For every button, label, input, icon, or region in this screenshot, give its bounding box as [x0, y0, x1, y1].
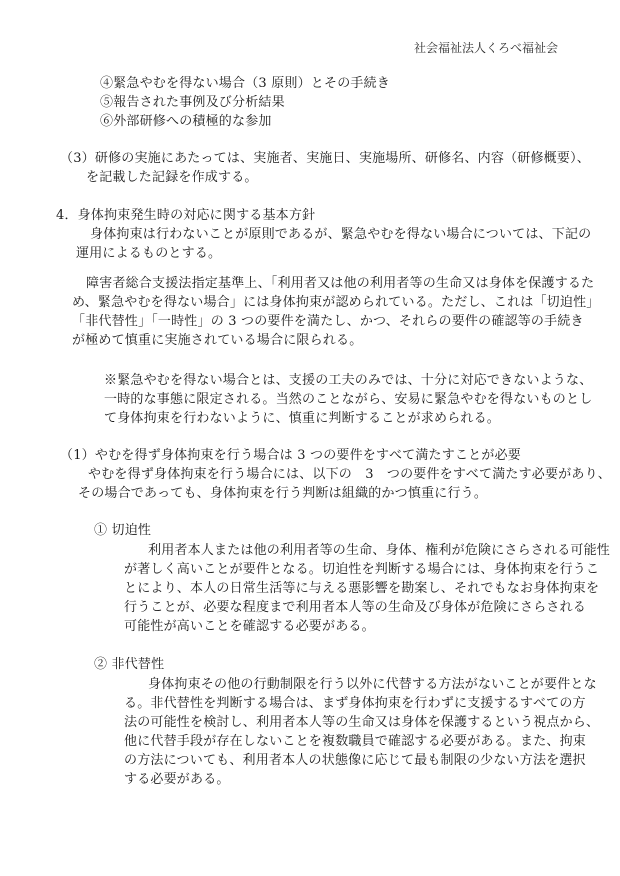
paragraph-line: する必要がある。	[124, 772, 230, 788]
paragraph-line: 身体拘束その他の行動制限を行う以外に代替する方法がないことが要件とな	[148, 677, 597, 693]
list-item: ⑤報告された事例及び分析結果	[100, 95, 285, 111]
section-heading: 4．身体拘束発生時の対応に関する基本方針	[56, 208, 315, 224]
paragraph-line: て身体拘束を行わないように、慎重に判断することが求められる。	[104, 411, 500, 427]
list-item: ④緊急やむを得ない場合（3 原則）とその手続き	[100, 76, 390, 92]
paragraph-line: 運用によるものとする。	[76, 246, 221, 262]
paragraph-line: め、緊急やむを得ない場合」には身体拘束が認められている。ただし、これは「切迫性」	[72, 295, 599, 311]
requirement-title: ② 非代替性	[94, 657, 164, 673]
organization-name: 社会福祉法人くろべ福祉会	[414, 40, 558, 56]
paragraph-line: とにより、本人の日常生活等に与える悪影響を勘案し、それでもなお身体拘束を	[124, 581, 599, 597]
paragraph-line: る。非代替性を判断する場合は、まず身体拘束を行わずに支援するすべての方	[124, 696, 586, 712]
paragraph-line: ※緊急やむを得ない場合とは、支援の工夫のみでは、十分に対応できないような、	[104, 373, 592, 389]
paragraph-line: 障害者総合支援法指定基準上、「利用者又は他の利用者等の生命又は身体を保護するた	[86, 276, 594, 292]
paragraph-line: 可能性が高いことを確認する必要がある。	[124, 619, 375, 635]
requirement-title: ① 切迫性	[94, 523, 151, 539]
paragraph-line: 身体拘束は行わないことが原則であるが、緊急やむを得ない場合については、下記の	[90, 227, 591, 243]
paragraph-line: 行うことが、必要な程度まで利用者本人等の生命及び身体が危険にさらされる	[124, 600, 586, 616]
subsection-heading: （1）やむを得ず身体拘束を行う場合は 3 つの要件をすべて満たすことが必要	[60, 448, 521, 464]
list-item: ⑥外部研修への積極的な参加	[100, 114, 272, 130]
paragraph-line: が極めて慎重に実施されている場合に限られる。	[72, 333, 362, 349]
paragraph-line: が著しく高いことが要件となる。切迫性を判断する場合には、身体拘束を行うこ	[124, 562, 599, 578]
paragraph-line: やむを得ず身体拘束を行う場合には、以下の 3 つの要件をすべて満たす必要があり、	[88, 467, 611, 483]
paragraph-line: その場合であっても、身体拘束を行う判断は組織的かつ慎重に行う。	[78, 486, 487, 502]
paragraph-line: 他に代替手段が存在しないことを複数職員で確認する必要がある。また、拘束	[124, 734, 586, 750]
paragraph-line: 「非代替性」「一時性」の 3 つの要件を満たし、かつ、それらの要件の確認等の手続…	[72, 314, 584, 330]
paragraph-line: 法の可能性を検討し、利用者本人等の生命又は身体を保護するという視点から、	[124, 715, 599, 731]
paragraph-line: （3）研修の実施にあたっては、実施者、実施日、実施場所、研修名、内容（研修概要）…	[60, 151, 590, 167]
paragraph-line: 利用者本人または他の利用者等の生命、身体、権利が危険にさらされる可能性	[148, 543, 610, 559]
paragraph-line: 一時的な事態に限定される。当然のことながら、安易に緊急やむを得ないものとし	[104, 392, 592, 408]
paragraph-line: を記載した記録を作成する。	[86, 170, 258, 186]
paragraph-line: の方法についても、利用者本人の状態像に応じて最も制限の少ない方法を選択	[124, 753, 586, 769]
